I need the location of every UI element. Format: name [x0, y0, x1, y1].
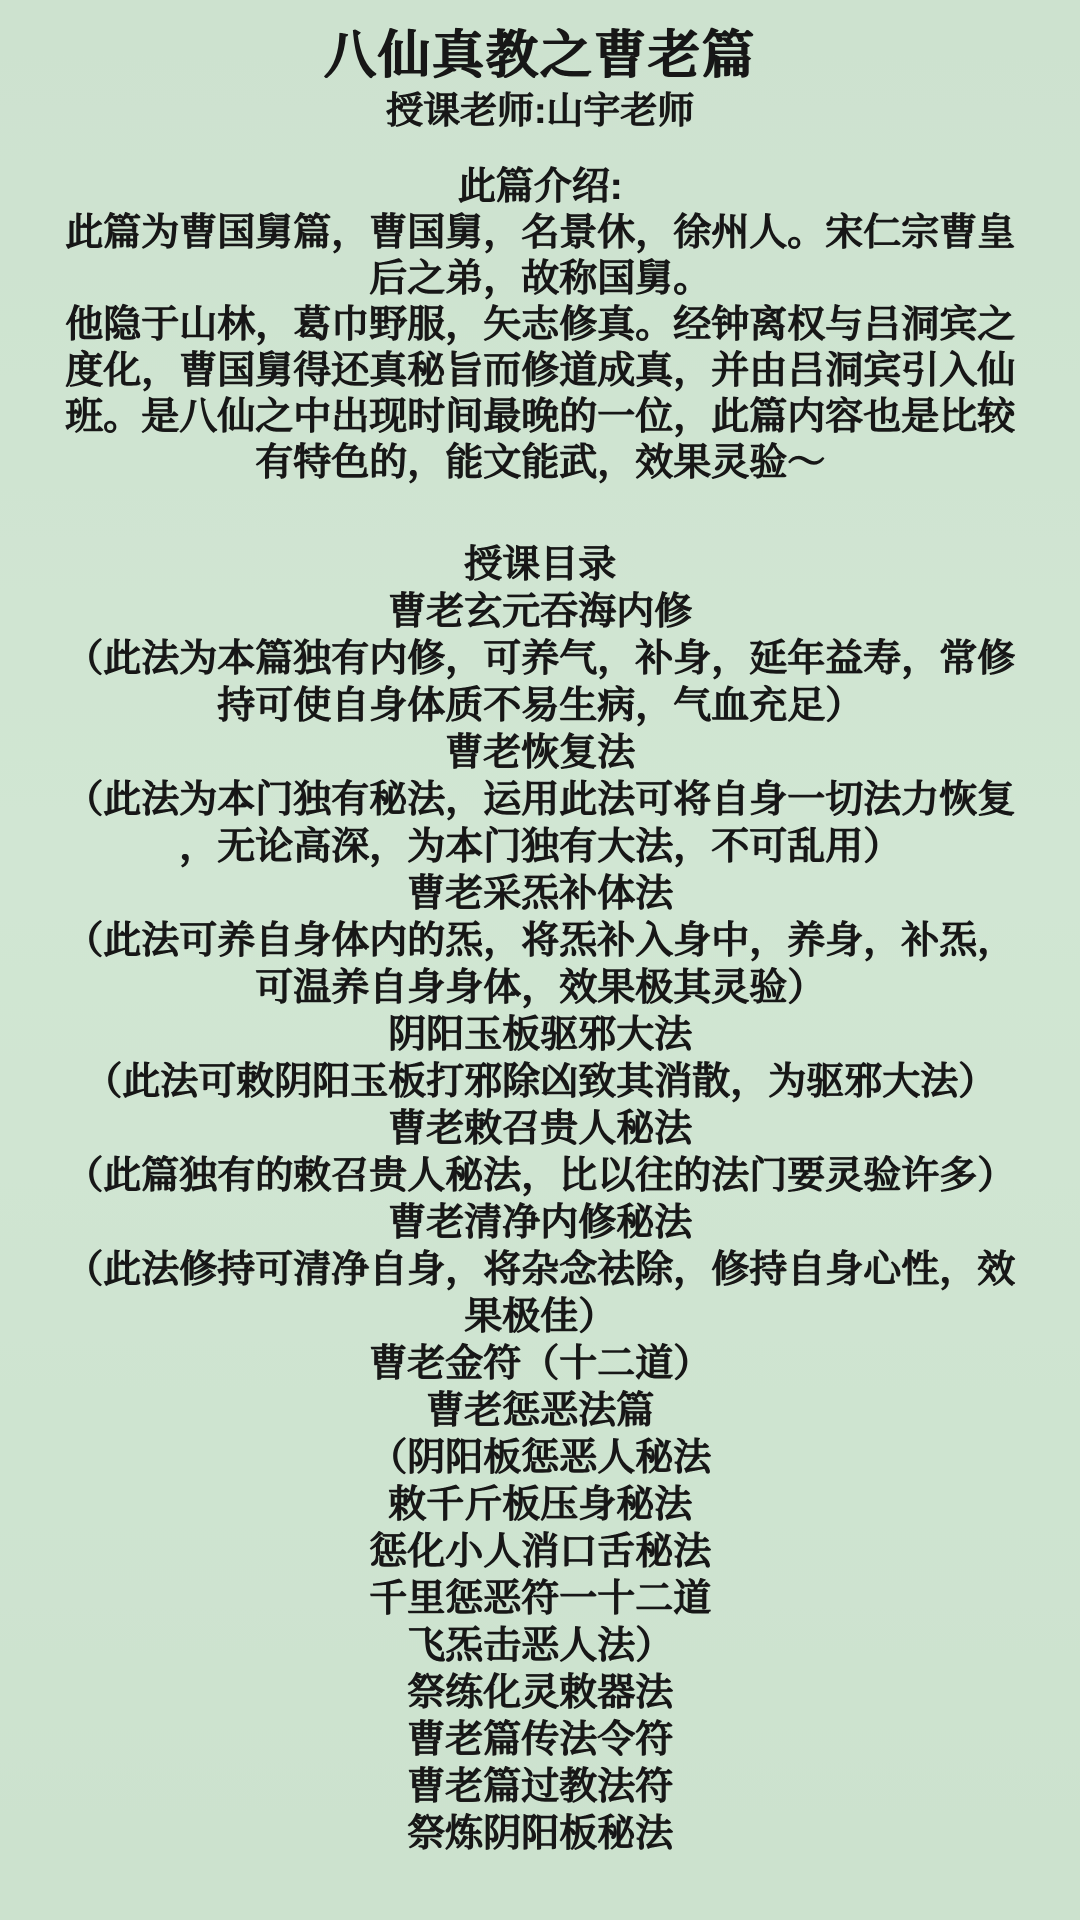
intro-paragraph: 此篇为曹国舅篇，曹国舅，名景休，徐州人。宋仁宗曹皇后之弟，故称国舅。他隐于山林，… [0, 210, 1080, 486]
catalog-line: 持可使自身体质不易生病，气血充足） [0, 683, 1080, 730]
catalog-line: 曹老篇过教法符 [0, 1764, 1080, 1811]
intro-line: 度化，曹国舅得还真秘旨而修道成真，并由吕洞宾引入仙 [0, 348, 1080, 394]
catalog-line: 曹老敕召贵人秘法 [0, 1106, 1080, 1153]
catalog-line: 祭炼阴阳板秘法 [0, 1811, 1080, 1858]
intro-line: 此篇为曹国舅篇，曹国舅，名景休，徐州人。宋仁宗曹皇 [0, 210, 1080, 256]
catalog-line: 曹老清净内修秘法 [0, 1200, 1080, 1247]
catalog-line: （此篇独有的敕召贵人秘法，比以往的法门要灵验许多） [0, 1153, 1080, 1200]
catalog-line: （阴阳板惩恶人秘法 [0, 1435, 1080, 1482]
intro-line: 有特色的，能文能武，效果灵验～ [0, 440, 1080, 486]
page-title: 八仙真教之曹老篇 [0, 26, 1080, 86]
catalog-line: 敕千斤板压身秘法 [0, 1482, 1080, 1529]
catalog-line: 飞炁击恶人法） [0, 1623, 1080, 1670]
catalog-line: （此法可敕阴阳玉板打邪除凶致其消散，为驱邪大法） [0, 1059, 1080, 1106]
catalog-line: 祭练化灵敕器法 [0, 1670, 1080, 1717]
catalog-heading: 授课目录 [0, 542, 1080, 589]
document-page: 八仙真教之曹老篇 授课老师:山宇老师 此篇介绍: 此篇为曹国舅篇，曹国舅，名景休… [0, 0, 1080, 1920]
intro-heading: 此篇介绍: [0, 164, 1080, 210]
teacher-line: 授课老师:山宇老师 [0, 86, 1080, 136]
catalog-line: 曹老惩恶法篇 [0, 1388, 1080, 1435]
catalog-line: （此法可养自身体内的炁，将炁补入身中，养身，补炁， [0, 918, 1080, 965]
catalog-line: 阴阳玉板驱邪大法 [0, 1012, 1080, 1059]
intro-line: 班。是八仙之中出现时间最晚的一位，此篇内容也是比较 [0, 394, 1080, 440]
catalog-line: 果极佳） [0, 1294, 1080, 1341]
catalog-line: 千里惩恶符一十二道 [0, 1576, 1080, 1623]
catalog-line: 曹老采炁补体法 [0, 871, 1080, 918]
catalog-line: （此法为本篇独有内修，可养气，补身，延年益寿，常修 [0, 636, 1080, 683]
catalog-line: ，无论高深，为本门独有大法，不可乱用） [0, 824, 1080, 871]
catalog-line: 曹老恢复法 [0, 730, 1080, 777]
intro-line: 他隐于山林，葛巾野服，矢志修真。经钟离权与吕洞宾之 [0, 302, 1080, 348]
intro-line: 后之弟，故称国舅。 [0, 256, 1080, 302]
catalog-line: 惩化小人消口舌秘法 [0, 1529, 1080, 1576]
catalog-line: 曹老篇传法令符 [0, 1717, 1080, 1764]
catalog-list: 曹老玄元吞海内修（此法为本篇独有内修，可养气，补身，延年益寿，常修持可使自身体质… [0, 589, 1080, 1858]
catalog-line: 可温养自身身体，效果极其灵验） [0, 965, 1080, 1012]
catalog-line: 曹老玄元吞海内修 [0, 589, 1080, 636]
catalog-line: （此法为本门独有秘法，运用此法可将自身一切法力恢复 [0, 777, 1080, 824]
catalog-line: （此法修持可清净自身，将杂念祛除，修持自身心性，效 [0, 1247, 1080, 1294]
catalog-line: 曹老金符（十二道） [0, 1341, 1080, 1388]
